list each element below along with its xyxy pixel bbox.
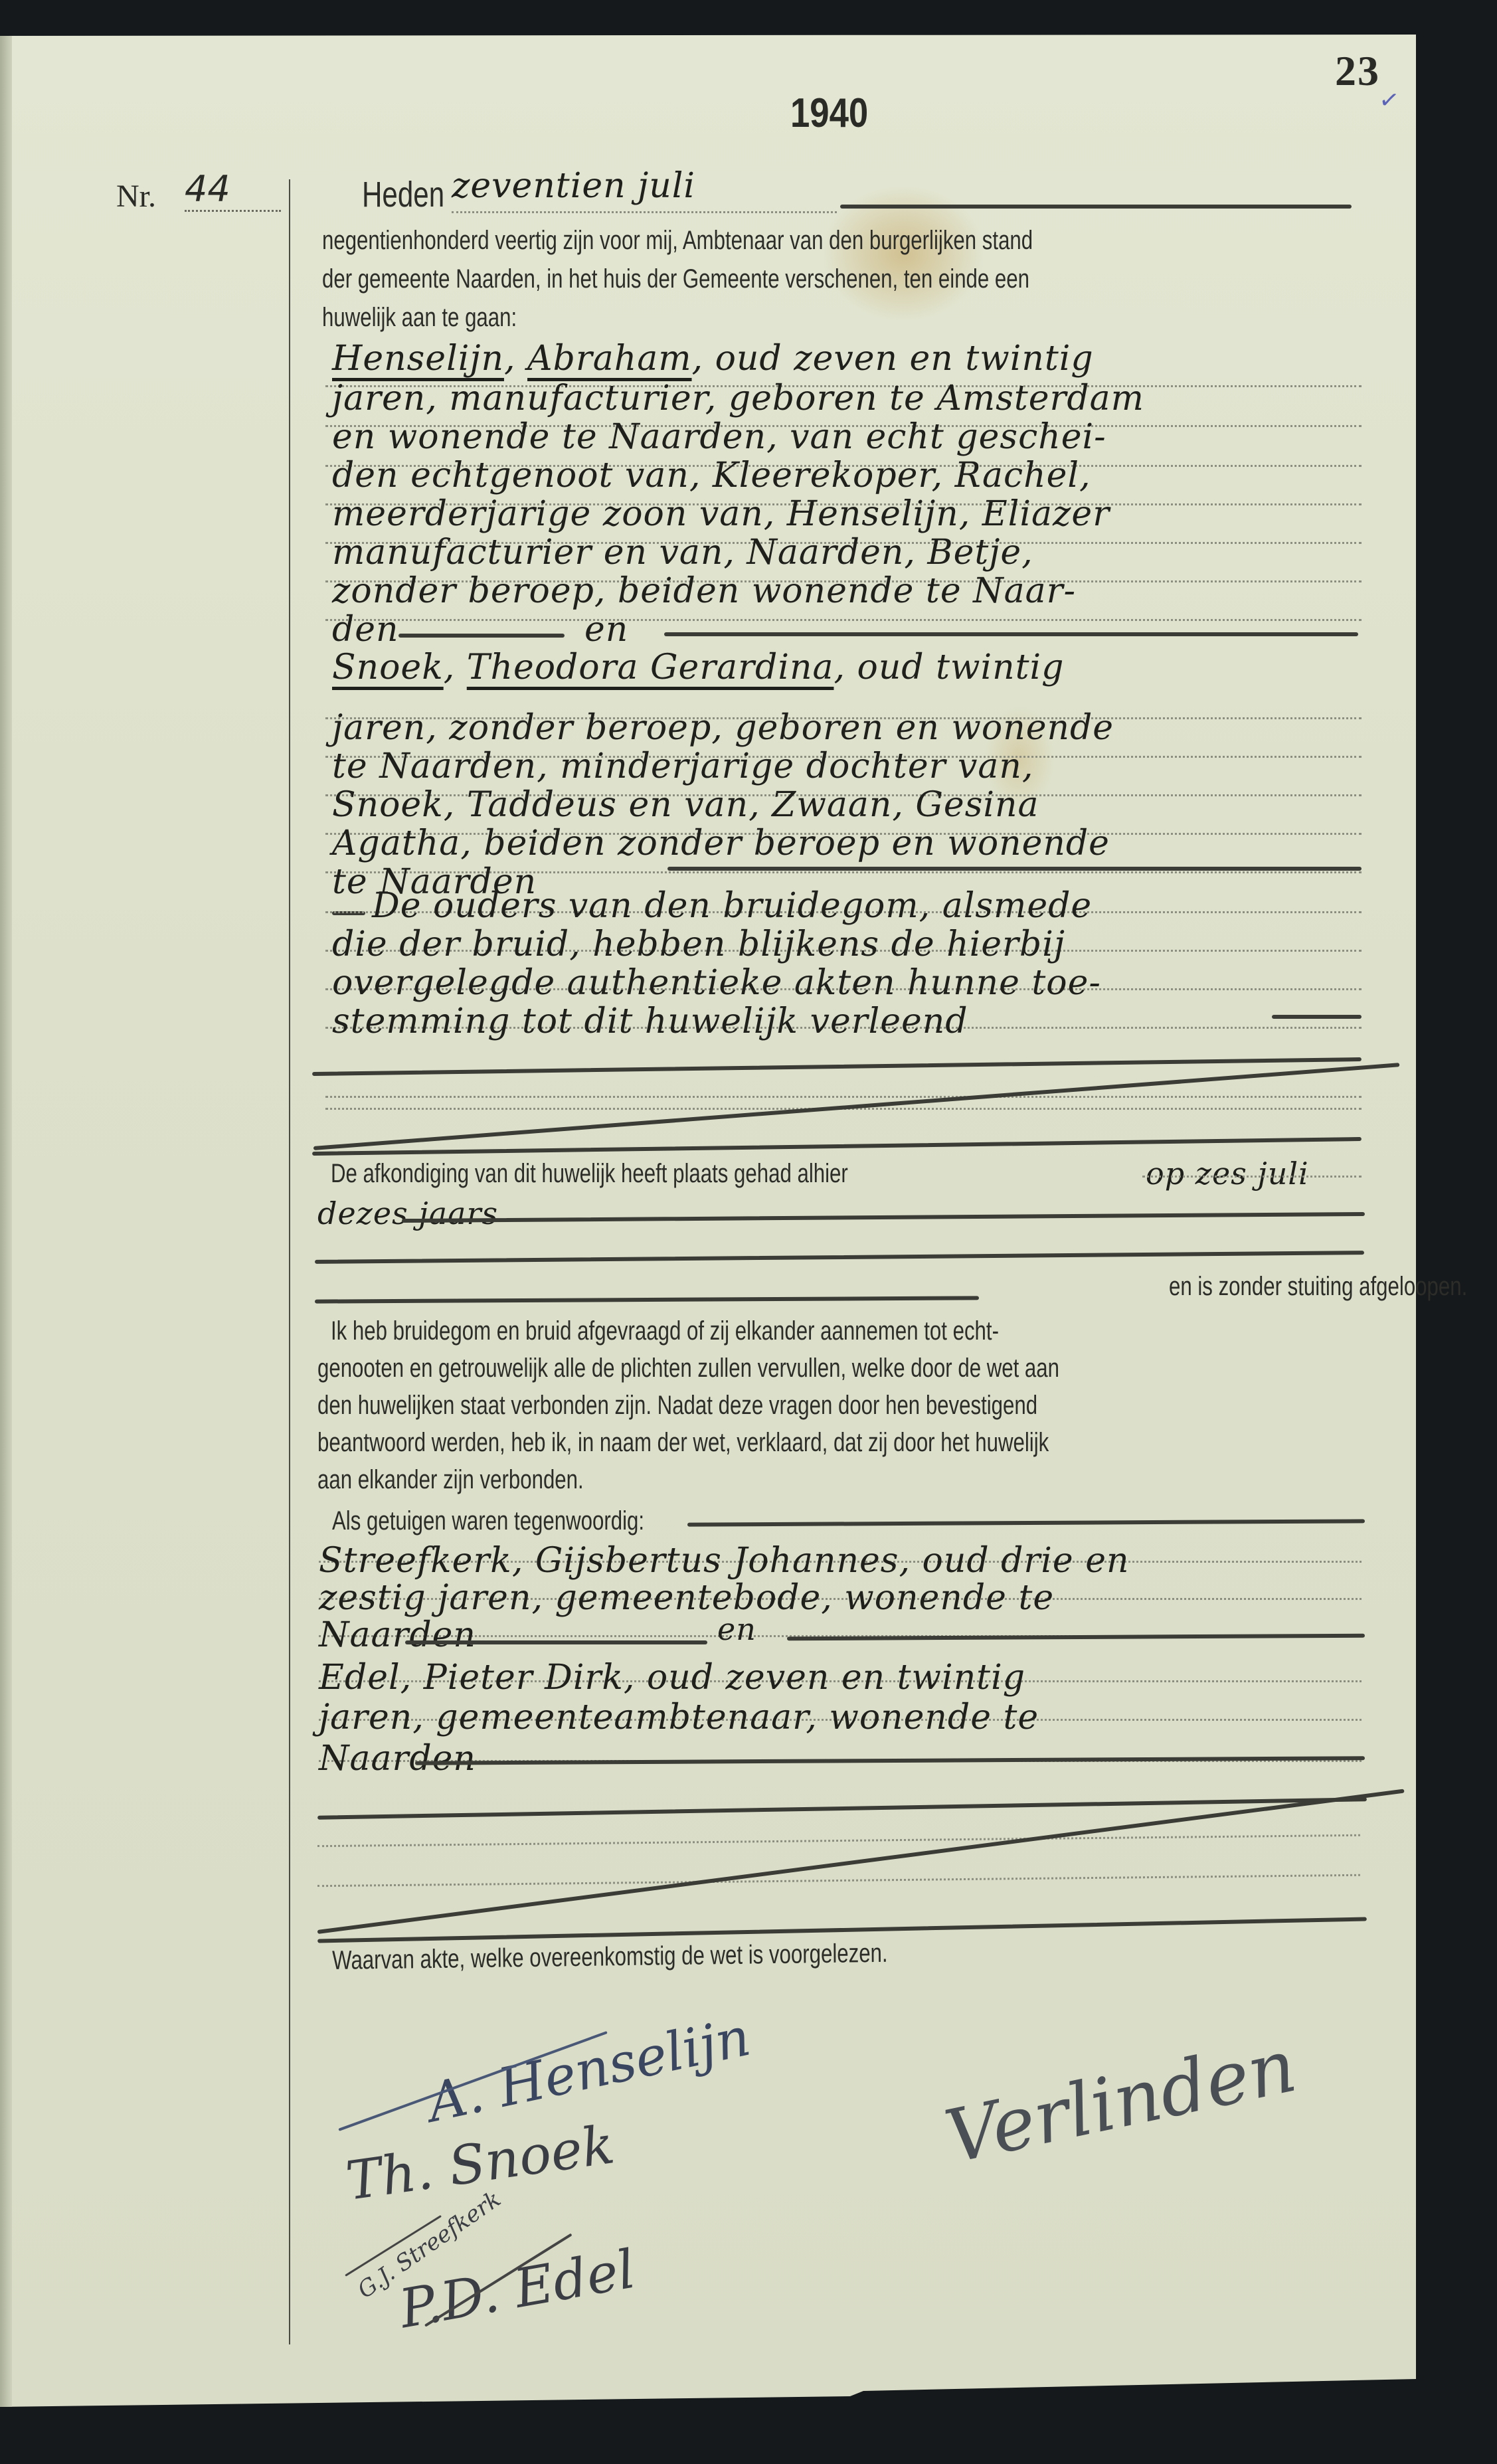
marriage-date: zeventien juli	[452, 166, 695, 206]
fill-rule	[667, 867, 1362, 871]
groom-given-names: Abraham	[527, 339, 692, 379]
consent-line: overgelegde authentieke akten hunne toe-	[332, 963, 1101, 1003]
dotted-line	[325, 1096, 1362, 1098]
dotted-line	[325, 619, 1362, 621]
consent-line: stemming tot dit huwelijk verleend	[332, 1002, 968, 1041]
margin-rule	[289, 179, 290, 2344]
groom-line: jaren, manufacturier, geboren te Amsterd…	[332, 379, 1144, 418]
declaration-line: Ik heb bruidegom en bruid afgevraagd of …	[331, 1316, 999, 1346]
witness-line: zestig jaren, gemeentebode, wonende te	[319, 1578, 1054, 1618]
bride-surname: Snoek	[332, 648, 444, 687]
fill-rule	[398, 634, 565, 638]
bride-line: te Naarden, minderjarige dochter van,	[332, 747, 1033, 786]
groom-surname: Henselijn	[332, 339, 504, 379]
opening-line-4: huwelijk aan te gaan:	[322, 303, 517, 333]
declaration-line: aan elkander zijn verbonden.	[317, 1465, 584, 1495]
bride-line: Snoek, Taddeus en van, Zwaan, Gesina	[332, 785, 1039, 825]
dotted-line	[452, 211, 837, 213]
groom-line: meerderjarige zoon van, Henselijn, Eliaz…	[332, 494, 1110, 534]
proclamation-date: op zes juli	[1146, 1156, 1309, 1191]
dotted-line	[1142, 1176, 1362, 1178]
opening-line-3: der gemeente Naarden, in het huis der Ge…	[322, 264, 1029, 294]
bride-line: jaren, zonder beroep, geboren en wonende	[332, 708, 1114, 748]
proclamation-date-cont: dezes jaars	[317, 1195, 498, 1231]
consent-line: die der bruid, hebben blijkens de hierbi…	[332, 924, 1065, 964]
proclamation-text: De afkondiging van dit huwelijk heeft pl…	[331, 1159, 848, 1189]
fill-rule	[840, 205, 1352, 209]
opening-line-2: negentienhonderd veertig zijn voor mij, …	[322, 226, 1364, 256]
witnesses-label: Als getuigen waren tegenwoordig:	[332, 1506, 644, 1536]
bride-line: Agatha, beiden zonder beroep en wonende	[332, 824, 1110, 863]
year-heading: 1940	[790, 90, 868, 137]
declaration-line: genooten en getrouwelijk alle de plichte…	[317, 1354, 1059, 1383]
bride-line: , oud twintig	[834, 648, 1064, 687]
record-number: 44	[185, 169, 281, 212]
declaration-line: beantwoord werden, heb ik, in naam der w…	[317, 1428, 1049, 1458]
connector-en: en	[584, 610, 628, 650]
declaration-line: den huwelijken staat verbonden zijn. Nad…	[317, 1391, 1037, 1421]
fill-rule	[1272, 1015, 1362, 1019]
groom-line: den	[332, 610, 399, 650]
fill-rule	[405, 1640, 707, 1644]
heden-label: Heden	[362, 174, 444, 215]
connector-en: en	[717, 1611, 756, 1647]
witness-line: Naarden	[319, 1739, 476, 1779]
proclamation-suffix: en is zonder stuiting afgeloopen.	[1169, 1272, 1467, 1302]
fill-rule	[664, 632, 1358, 636]
consent-line: De ouders van den bruidegom, alsmede	[372, 886, 1092, 926]
witness-line: Naarden	[319, 1615, 476, 1655]
witness-line: Edel, Pieter Dirk, oud zeven en twintig	[319, 1658, 1025, 1698]
witness-line: jaren, gemeenteambtenaar, wonende te	[319, 1698, 1039, 1737]
groom-line: manufacturier en van, Naarden, Betje,	[332, 533, 1033, 572]
bride-given-names: Theodora Gerardina	[467, 648, 834, 687]
groom-line: , oud zeven en twintig	[692, 339, 1094, 379]
page-number: 23	[1335, 46, 1380, 96]
groom-line: en wonende te Naarden, van echt geschei-	[332, 417, 1106, 457]
witness-line: Streefkerk, Gijsbertus Johannes, oud dri…	[319, 1541, 1129, 1581]
groom-line: zonder beroep, beiden wonende te Naar-	[332, 571, 1076, 611]
record-number-label: Nr.	[116, 178, 156, 215]
groom-line: den echtgenoot van, Kleerekoper, Rachel,	[332, 456, 1091, 495]
